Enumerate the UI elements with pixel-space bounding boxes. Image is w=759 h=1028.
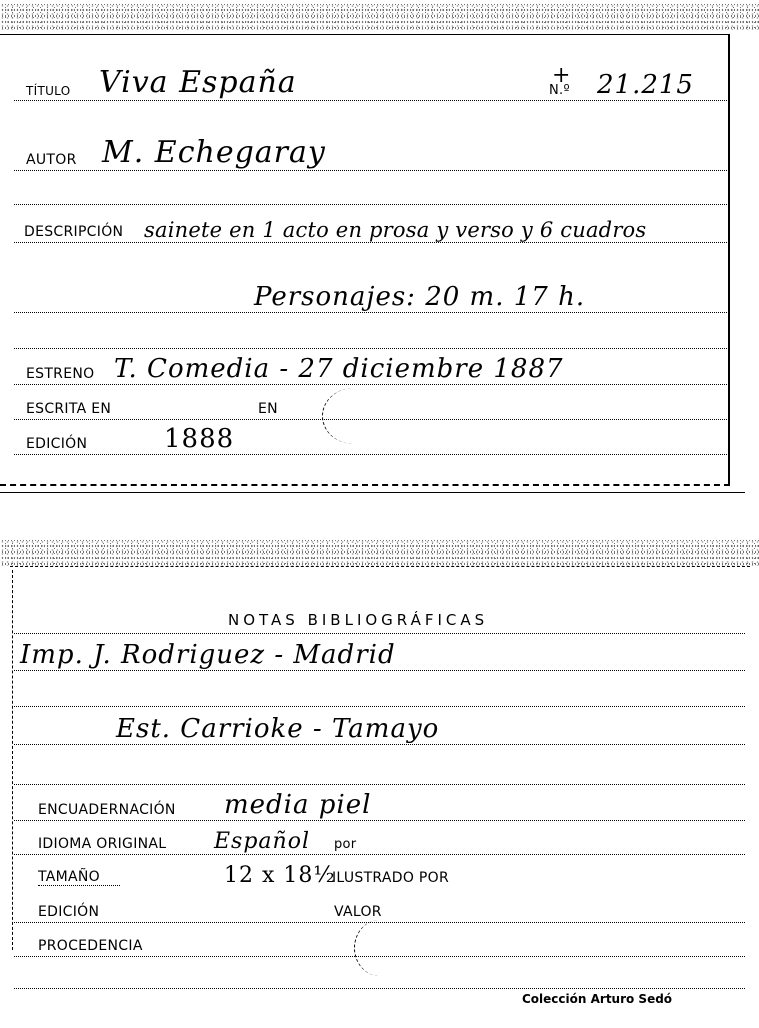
tamano-value: 12 x 18½ — [224, 863, 336, 888]
valor-label: VALOR — [334, 904, 382, 920]
notes-line-5 — [14, 748, 745, 785]
collection-footer: Colección Arturo Sedó — [522, 992, 672, 1006]
notes-line-2: Imp. J. Rodriguez - Madrid — [14, 634, 745, 671]
idioma-label: IDIOMA ORIGINAL — [38, 836, 166, 852]
card-top-border — [10, 566, 750, 567]
encuadernacion-value: media piel — [224, 790, 371, 820]
notes-line-3 — [14, 670, 745, 707]
note-1: Imp. J. Rodriguez - Madrid — [20, 640, 396, 670]
notes-line-4: Est. Carrioke - Tamayo — [14, 708, 745, 745]
idioma-por-label: por — [334, 837, 356, 852]
field-encuadernacion: ENCUADERNACIÓN media piel — [14, 784, 745, 821]
field-edicion-bottom: EDICIÓN VALOR — [14, 886, 745, 923]
ilustrado-por-label: ILUSTRADO POR — [332, 870, 449, 886]
bottom-line — [14, 952, 745, 989]
note-2: Est. Carrioke - Tamayo — [116, 714, 439, 744]
tamano-label: TAMAÑO — [38, 869, 120, 886]
idioma-value: Español — [214, 829, 310, 854]
edicion-bottom-label: EDICIÓN — [38, 904, 99, 920]
notes-line-1 — [14, 597, 745, 634]
encuadernacion-label: ENCUADERNACIÓN — [38, 802, 176, 818]
catalog-card-bottom: NOTAS BIBLIOGRÁFICAS Imp. J. Rodriguez -… — [0, 0, 759, 1028]
field-tamano: TAMAÑO 12 x 18½ ILUSTRADO POR — [14, 852, 745, 888]
card-left-border — [12, 570, 13, 950]
field-idioma-original: IDIOMA ORIGINAL Español por — [14, 818, 745, 855]
